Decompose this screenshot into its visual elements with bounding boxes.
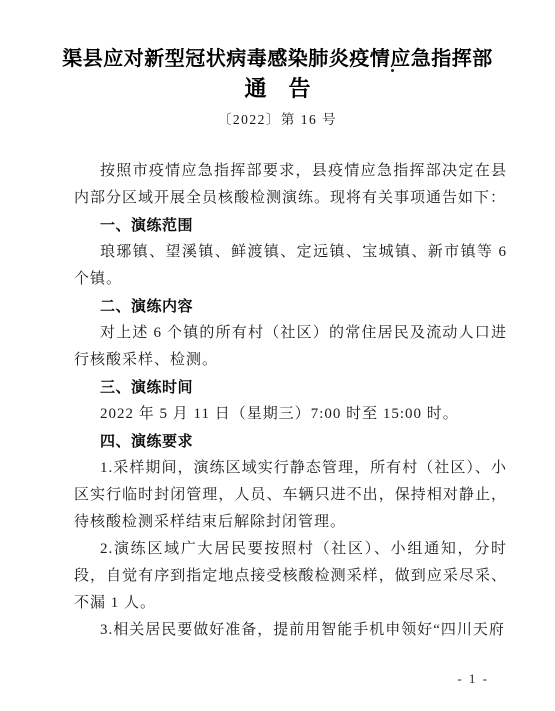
- document-title-line1: 渠县应对新型冠状病毒感染肺炎疫情应急指挥部: [0, 47, 555, 71]
- scanned-notice-page: 渠县应对新型冠状病毒感染肺炎疫情应急指挥部 通 告 〔2022〕第 16 号 按…: [0, 0, 555, 711]
- scan-artifact-dot: [391, 69, 394, 72]
- document-number: 〔2022〕第 16 号: [0, 111, 555, 129]
- document-title-line2: 通 告: [0, 76, 555, 102]
- paragraph-time: 2022 年 5 月 11 日（星期三）7:00 时至 15:00 时。: [74, 401, 507, 428]
- paragraph-requirement-2: 2.演练区域广大居民要按照村（社区）、小组通知，分时段，自觉有序到指定地点接受核…: [74, 536, 507, 617]
- page-number: - 1 -: [457, 671, 489, 687]
- paragraph-intro: 按照市疫情应急指挥部要求，县疫情应急指挥部决定在县内部分区域开展全员核酸检测演练…: [74, 158, 507, 212]
- section-heading-4: 四、演练要求: [74, 428, 507, 455]
- document-body: 按照市疫情应急指挥部要求，县疫情应急指挥部决定在县内部分区域开展全员核酸检测演练…: [74, 158, 507, 644]
- section-heading-2: 二、演练内容: [74, 293, 507, 320]
- section-heading-3: 三、演练时间: [74, 374, 507, 401]
- paragraph-requirement-1: 1.采样期间，演练区域实行静态管理，所有村（社区）、小区实行临时封闭管理，人员、…: [74, 455, 507, 536]
- paragraph-content: 对上述 6 个镇的所有村（社区）的常住居民及流动人口进行核酸采样、检测。: [74, 320, 507, 374]
- section-heading-1: 一、演练范围: [74, 212, 507, 239]
- paragraph-scope: 琅琊镇、望溪镇、鲜渡镇、定远镇、宝城镇、新市镇等 6 个镇。: [74, 239, 507, 293]
- paragraph-requirement-3: 3.相关居民要做好准备，提前用智能手机申领好“四川天府: [74, 617, 507, 644]
